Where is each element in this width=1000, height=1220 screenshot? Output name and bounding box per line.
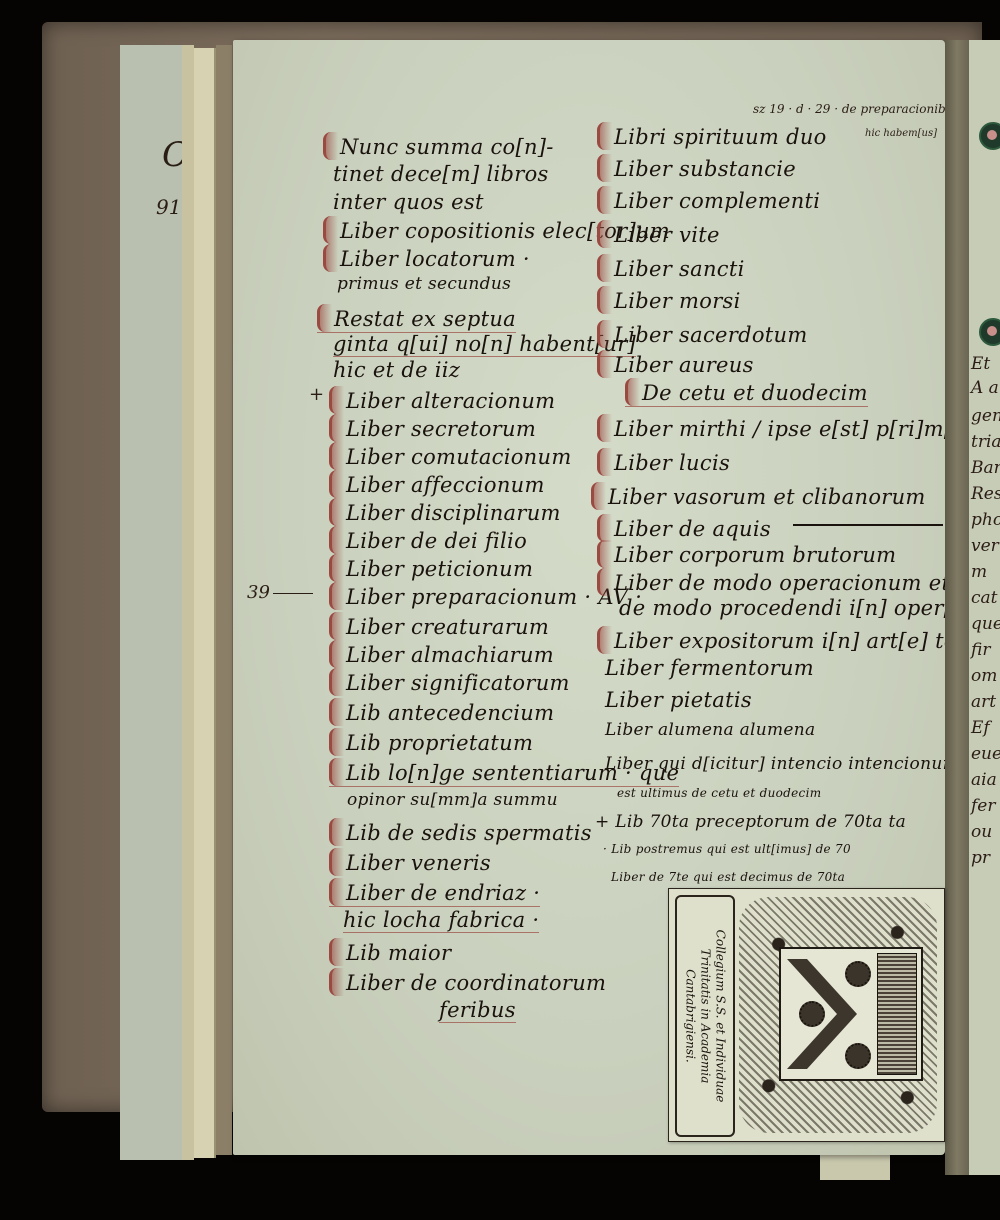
- text-line: primus et secundus: [337, 274, 511, 294]
- facing-page: Et A a gen tria Bar Res pho ver m cat qu…: [969, 40, 1000, 1175]
- heraldic-quarter: [877, 953, 917, 1075]
- text-line: · Lib postremus qui est ult[imus] de 70: [603, 842, 851, 856]
- text-line: Lib maior: [329, 938, 451, 966]
- text-line: Liber de endriaz ·: [329, 878, 540, 907]
- text-line: Liber fermentorum: [605, 656, 814, 680]
- text-line: Liber de coordinatorum: [329, 968, 606, 996]
- text-line: Liber veneris: [329, 848, 491, 876]
- text-line: Liber complementi: [597, 186, 820, 214]
- flyleaf: C 91: [120, 45, 182, 1160]
- rubric-initial: [597, 254, 612, 282]
- text-line: inter quos est: [333, 190, 484, 214]
- text-line: Liber peticionum: [329, 554, 533, 582]
- text-line: Liber affeccionum: [329, 470, 545, 498]
- rubric-initial: [597, 626, 612, 654]
- text-line: Liber qui d[icitur] intencio intencionum: [605, 754, 959, 774]
- rubric-initial: [323, 244, 338, 272]
- rubric-initial: [329, 612, 344, 640]
- rubric-initial: [597, 186, 612, 214]
- side-note: hic habem[us]: [865, 128, 937, 139]
- rubric-initial: [329, 386, 344, 414]
- text-line: Liber locatorum ·: [323, 244, 530, 272]
- rubric-initial: [329, 554, 344, 582]
- text-line: Lib de sedis spermatis: [329, 818, 592, 846]
- margin-mark: 91: [156, 195, 181, 219]
- text-line: Liber significatorum: [329, 668, 570, 696]
- text-line: Liber de 7te qui est decimus de 70ta: [611, 870, 845, 884]
- text-line: Liber de dei filio: [329, 526, 527, 554]
- rubric-initial: [329, 728, 344, 756]
- text-line: de modo procedendi i[n] oper[e]: [619, 596, 973, 620]
- text-line: Liber pietatis: [605, 688, 752, 712]
- text-line: Liber corporum brutorum: [597, 540, 896, 568]
- text-line: feribus: [439, 998, 516, 1023]
- text-line: tinet dece[m] libros: [333, 162, 549, 186]
- bookplate: Collegium S.S. et Individuae Trinitatis …: [668, 888, 945, 1142]
- rubric-initial: [323, 216, 338, 244]
- green-initial-icon: [979, 318, 1000, 346]
- flyleaf: [216, 45, 232, 1155]
- text-line: Liber preparacionum · AV ·: [329, 582, 642, 610]
- text-line: hic et de iiz: [333, 358, 460, 382]
- rubric-initial: [597, 514, 612, 542]
- rubric-initial: [329, 968, 344, 996]
- rubric-initial: [329, 640, 344, 668]
- cross-mark: +: [309, 384, 324, 405]
- rubric-initial: [329, 848, 344, 876]
- text-line: ginta q[ui] no[n] habent[ur]: [333, 332, 636, 357]
- text-line: + Lib 70ta preceptorum de 70ta ta: [595, 812, 906, 832]
- rubric-initial: [597, 414, 612, 442]
- rose-icon: [799, 1001, 825, 1027]
- folio-dash: [273, 593, 313, 594]
- text-line: Restat ex septua: [317, 304, 516, 333]
- rubric-initial: [597, 320, 612, 348]
- rubric-initial: [329, 668, 344, 696]
- text-line: Liber lucis: [597, 448, 730, 476]
- bookplate-label: Collegium S.S. et Individuae Trinitatis …: [675, 895, 735, 1137]
- text-line: Nunc summa co[n]-: [323, 132, 554, 160]
- rose-icon: [845, 961, 871, 987]
- rubric-initial: [597, 448, 612, 476]
- rubric-initial: [329, 698, 344, 726]
- text-line: Liber disciplinarum: [329, 498, 561, 526]
- text-line: est ultimus de cetu et duodecim: [617, 786, 821, 800]
- text-line: Liber expositorum i[n] art[e] testis: [597, 626, 995, 654]
- text-line: Liber aureus: [597, 350, 754, 378]
- text-line: Liber vite: [597, 220, 720, 248]
- text-line: Liber alumena alumena: [605, 720, 815, 740]
- text-line: De cetu et duodecim: [625, 378, 868, 407]
- text-line: opinor su[mm]a summu: [347, 790, 558, 810]
- rubric-initial: [597, 568, 612, 596]
- rubric-initial: [597, 540, 612, 568]
- rubric-initial: [329, 878, 344, 906]
- green-initial-icon: [979, 122, 1000, 150]
- header-note: sz 19 · d · 29 · de preparacionibus: [753, 102, 960, 116]
- flyleaf: [194, 48, 216, 1158]
- rubric-initial: [597, 220, 612, 248]
- text-line: Liber creaturarum: [329, 612, 549, 640]
- gutter-shadow: [945, 40, 969, 1175]
- text-line: Liber vasorum et clibanorum: [591, 482, 926, 510]
- folio-number: 39: [247, 582, 270, 603]
- text-line: Liber de aquis: [597, 514, 771, 542]
- text-line: Liber mirthi / ipse e[st] p[ri]m[us] dd: [597, 414, 1000, 442]
- text-line: hic locha fabrica ·: [343, 908, 539, 933]
- text-line: Libri spirituum duo: [597, 122, 827, 150]
- rubric-initial: [591, 482, 606, 510]
- rose-icon: [845, 1043, 871, 1069]
- rubric-initial: [329, 758, 344, 786]
- text-line: Liber alteracionum: [329, 386, 555, 414]
- coat-of-arms-shield: [779, 947, 923, 1081]
- rubric-initial: [597, 286, 612, 314]
- rubric-initial: [625, 378, 640, 406]
- text-line: Liber morsi: [597, 286, 741, 314]
- text-line: Liber substancie: [597, 154, 796, 182]
- rubric-initial: [329, 414, 344, 442]
- mantling-ornament: [739, 897, 937, 1133]
- rubric-initial: [329, 582, 344, 610]
- text-line: Liber comutacionum: [329, 442, 572, 470]
- text-line: Lib antecedencium: [329, 698, 554, 726]
- text-line: Liber almachiarum: [329, 640, 554, 668]
- rubric-initial: [597, 122, 612, 150]
- rubric-initial: [329, 818, 344, 846]
- text-line: Liber sacerdotum: [597, 320, 808, 348]
- rubric-initial: [329, 938, 344, 966]
- rubric-initial: [323, 132, 338, 160]
- rubric-initial: [329, 526, 344, 554]
- ink-line: [793, 524, 943, 526]
- rubric-initial: [597, 350, 612, 378]
- text-line: Liber sancti: [597, 254, 745, 282]
- text-line: Liber secretorum: [329, 414, 536, 442]
- text-line: Liber de modo operacionum et: [597, 568, 950, 596]
- rubric-initial: [317, 304, 332, 332]
- flyleaf: [182, 45, 194, 1160]
- text-line: Lib proprietatum: [329, 728, 533, 756]
- rubric-initial: [329, 498, 344, 526]
- rubric-initial: [597, 154, 612, 182]
- rubric-initial: [329, 442, 344, 470]
- rubric-initial: [329, 470, 344, 498]
